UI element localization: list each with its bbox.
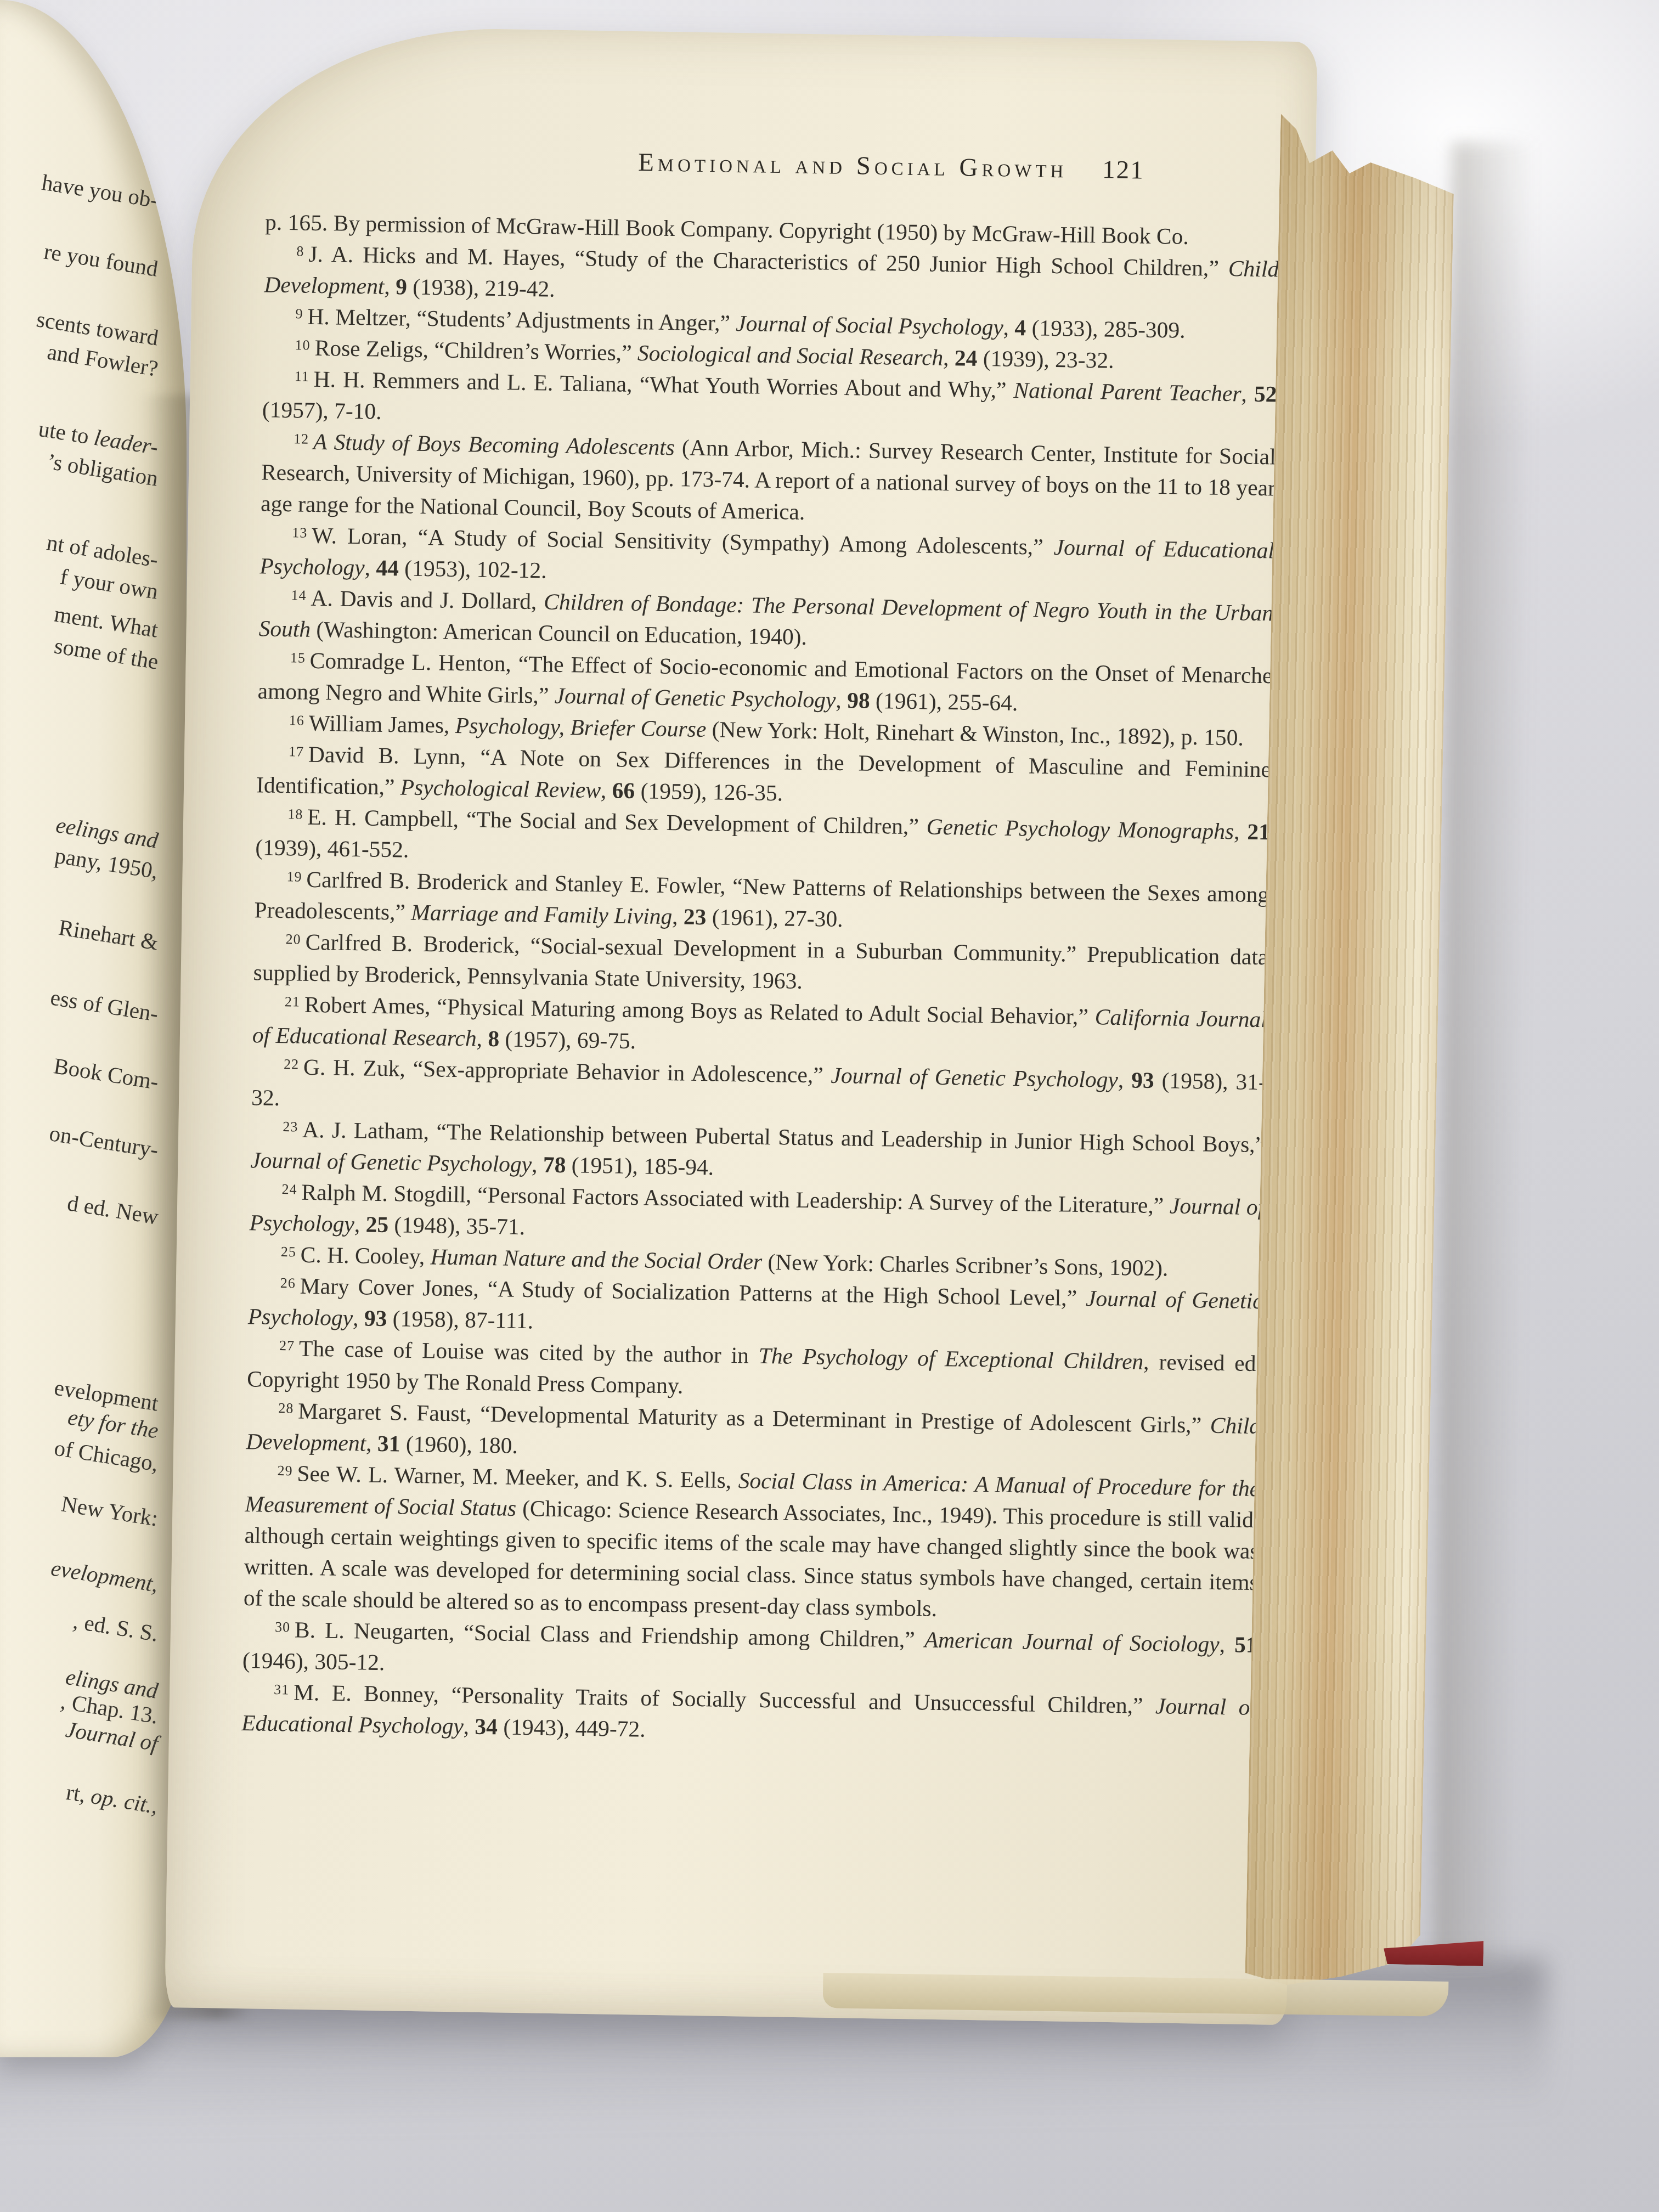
footnote-number: 31 — [274, 1681, 289, 1697]
footnote-number: 11 — [295, 368, 309, 384]
footnote-number: 13 — [292, 524, 307, 540]
page-content: Emotional and Social Growth121 p. 165. B… — [241, 142, 1280, 1754]
footnote-number: 16 — [289, 712, 304, 728]
page-header: Emotional and Social Growth121 — [266, 142, 1281, 187]
footnote-number: 21 — [285, 994, 300, 1009]
footnote-number: 12 — [294, 431, 309, 447]
footnote-number: 9 — [295, 306, 303, 321]
left-page-text-fragment: have you ob- — [40, 171, 160, 212]
book-photo: have you ob-re you foundscents towardand… — [0, 0, 1659, 2212]
right-page: Emotional and Social Growth121 p. 165. B… — [165, 24, 1318, 2025]
footnote-12: 12A Study of Boys Becoming Adolescents (… — [261, 425, 1276, 535]
footnote-number: 20 — [286, 931, 301, 947]
footnote-number: 8 — [296, 243, 304, 259]
footnote-number: 10 — [295, 337, 311, 353]
footnote-number: 23 — [283, 1119, 298, 1135]
footnote-29: 29See W. L. Warner, M. Meeker, and K. S.… — [243, 1457, 1260, 1629]
footnote-number: 26 — [280, 1275, 296, 1291]
footnote-number: 17 — [289, 743, 304, 759]
footnote-number: 28 — [278, 1400, 294, 1416]
footnote-number: 24 — [281, 1181, 297, 1197]
left-page-text-fragment: re you found — [43, 240, 160, 280]
footnote-number: 14 — [291, 587, 306, 603]
footnote-number: 22 — [284, 1056, 299, 1072]
footnote-number: 18 — [287, 806, 303, 822]
footnote-number: 30 — [275, 1619, 290, 1635]
footnote-number: 27 — [279, 1338, 295, 1353]
page-number: 121 — [1102, 155, 1144, 184]
footnote-number: 25 — [281, 1244, 296, 1260]
footnote-number: 15 — [290, 650, 306, 665]
running-head: Emotional and Social Growth — [638, 148, 1068, 183]
footnotes-block: p. 165. By permission of McGraw-Hill Boo… — [241, 206, 1280, 1754]
fore-edge — [1245, 108, 1455, 1987]
footnote-number: 19 — [286, 868, 302, 884]
footnote-number: 29 — [277, 1463, 292, 1479]
